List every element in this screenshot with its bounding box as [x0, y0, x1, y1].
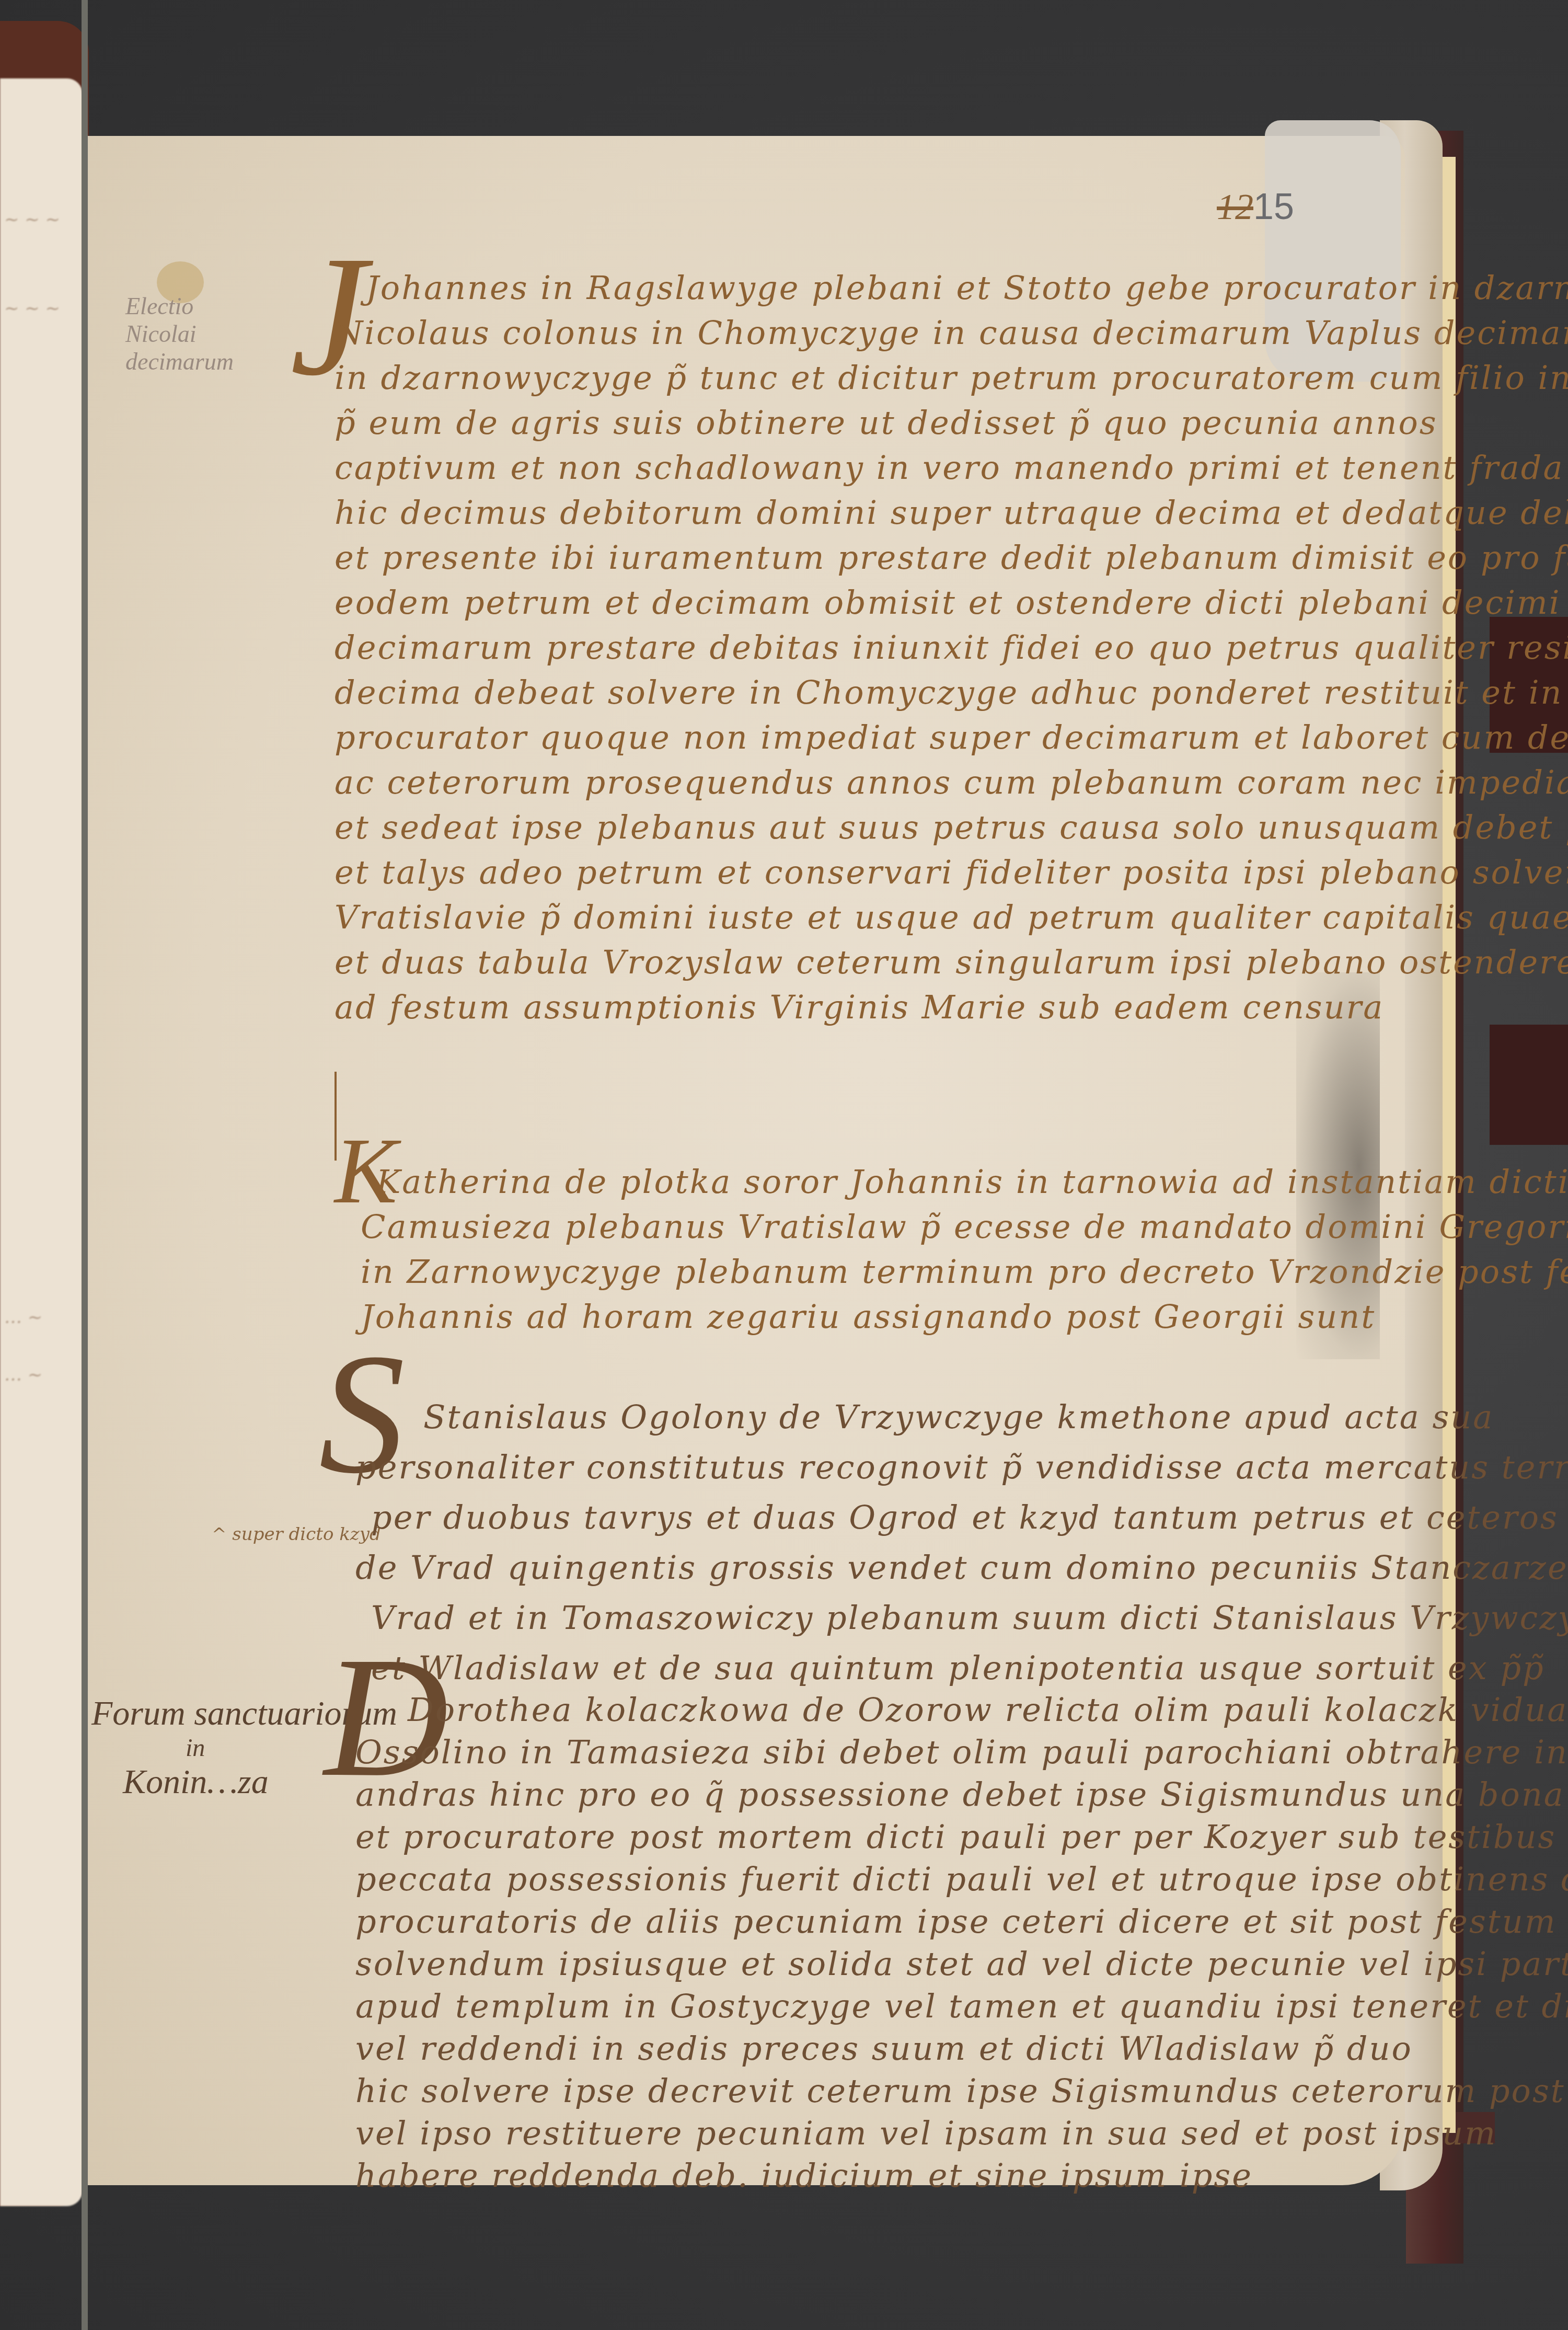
ribbon-tab-lower: [1490, 1025, 1568, 1145]
entry-4: D Dorothea kolaczkowa de Ozorow relicta …: [355, 1694, 1375, 1700]
entry-3: S Stanislaus Ogolony de Vrzywczyge kmeth…: [355, 1401, 1375, 1404]
gutter: [82, 0, 88, 2330]
margin-note-caret: ^ super dicto kzyd: [212, 1524, 381, 1545]
entry-2: Katherina de plotka soror Johannis in ta…: [361, 1166, 1380, 1168]
folio-number: 1215: [1217, 186, 1294, 228]
entry-1: Johannes in Ragslawyge plebani et Stotto…: [335, 272, 1354, 281]
left-facing-page: ~ ~ ~ ~ ~ ~ … ~ … ~: [0, 78, 83, 2206]
folio-ink-crossed: 12: [1217, 187, 1253, 227]
margin-note-top: Electio Nicolai decimarum: [125, 293, 261, 377]
folio-pencil: 15: [1253, 186, 1294, 227]
